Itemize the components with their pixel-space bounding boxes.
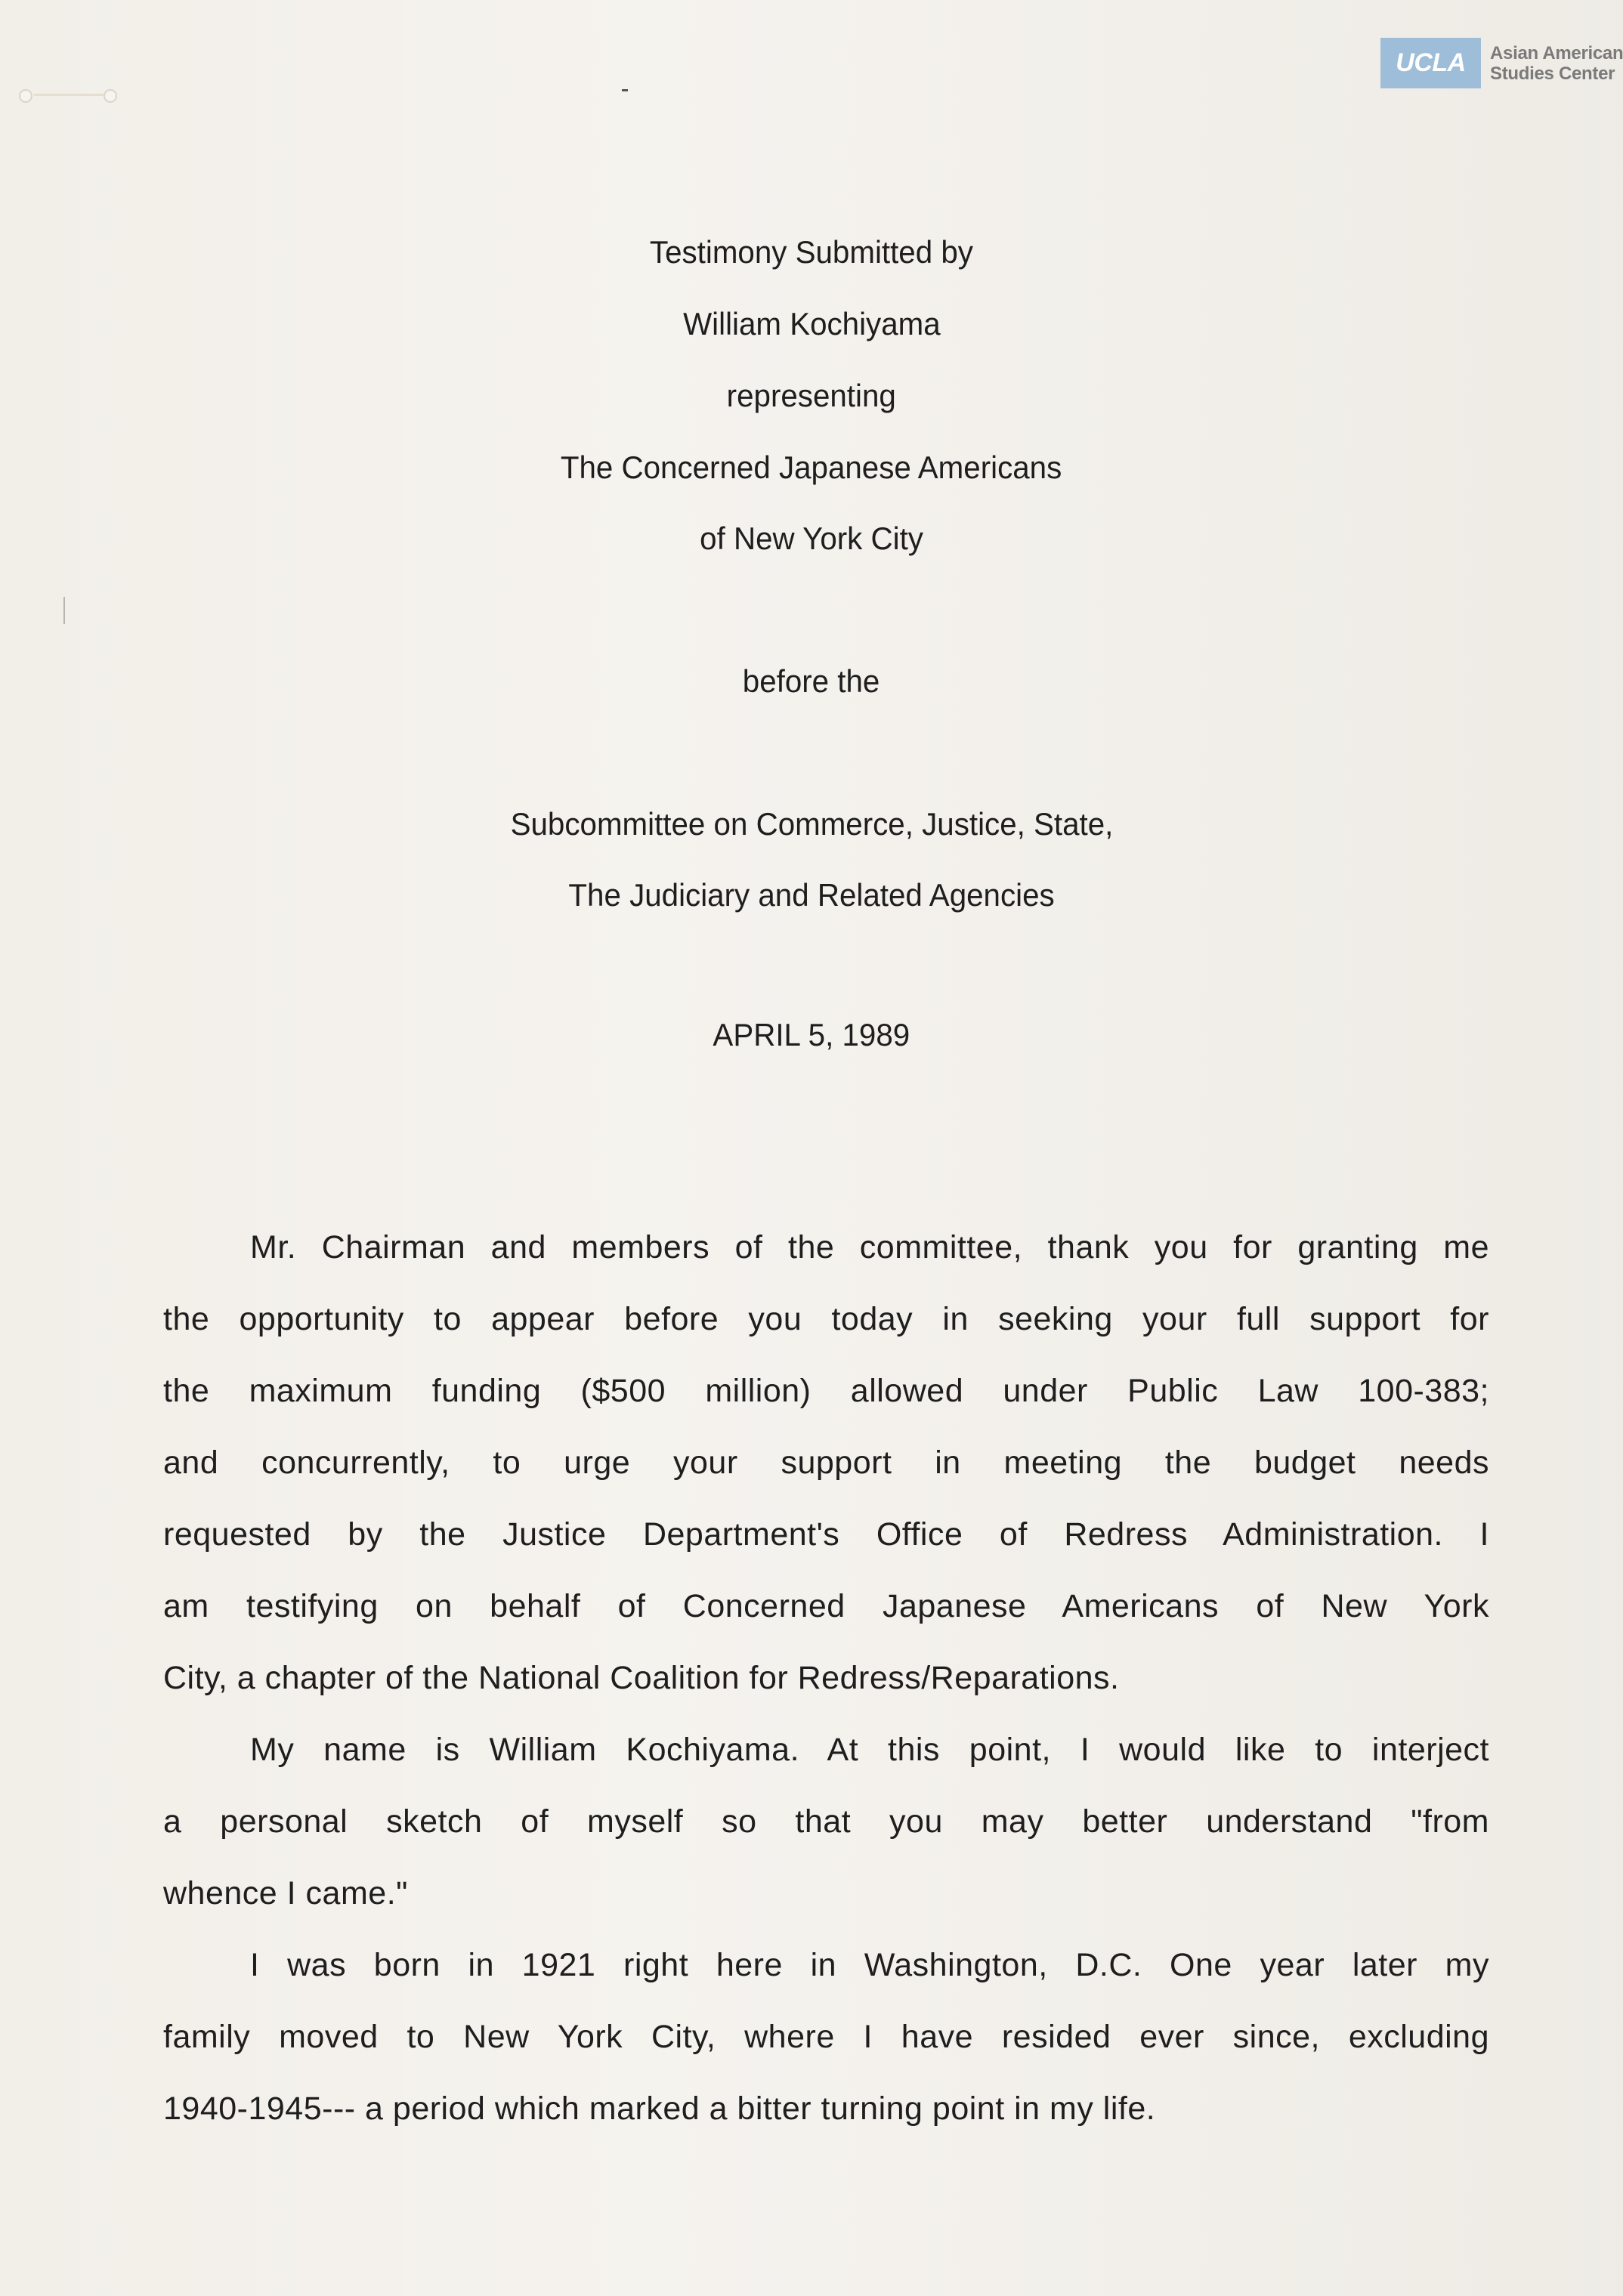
paragraph: I was born in 1921 right here in Washing… [163, 1930, 1489, 2145]
testimony-body: Mr. Chairman and members of the committe… [163, 1212, 1489, 2145]
text-line: I was born in 1921 right here in Washing… [163, 1930, 1489, 2001]
committee-name: Subcommittee on Commerce, Justice, State… [0, 805, 1623, 843]
organization-name: of New York City [0, 520, 1623, 558]
logo-caption: Asian American Studies Center [1490, 43, 1623, 84]
paragraph: My name is William Kochiyama. At this po… [163, 1714, 1489, 1930]
organization-name: The Concerned Japanese Americans [0, 449, 1623, 487]
logo-caption-line-1: Asian American [1490, 43, 1623, 63]
text-line: family moved to New York City, where I h… [163, 2001, 1489, 2073]
text-line: the opportunity to appear before you tod… [163, 1284, 1489, 1355]
ucla-logo-box: UCLA [1380, 38, 1481, 88]
testimony-date: APRIL 5, 1989 [0, 1016, 1623, 1054]
margin-mark [63, 597, 65, 624]
text-line: and concurrently, to urge your support i… [163, 1427, 1489, 1499]
ink-mark [622, 89, 628, 91]
logo-caption-line-2: Studies Center [1490, 63, 1623, 84]
text-line: City, a chapter of the National Coalitio… [163, 1642, 1489, 1714]
ucla-aasc-logo: UCLA Asian American Studies Center [1380, 38, 1623, 88]
paragraph: Mr. Chairman and members of the committe… [163, 1212, 1489, 1714]
text-line: the maximum funding ($500 million) allow… [163, 1355, 1489, 1427]
text-line: requested by the Justice Department's Of… [163, 1499, 1489, 1571]
text-line: 1940-1945--- a period which marked a bit… [163, 2073, 1489, 2145]
staple-mark [19, 89, 117, 100]
text-line: a personal sketch of myself so that you … [163, 1786, 1489, 1858]
title-line: Testimony Submitted by [0, 233, 1623, 271]
staple-trace [34, 94, 104, 96]
text-line: Mr. Chairman and members of the committe… [163, 1212, 1489, 1284]
staple-hole [19, 89, 32, 103]
text-line: am testifying on behalf of Concerned Jap… [163, 1571, 1489, 1642]
document-page: UCLA Asian American Studies Center Testi… [0, 0, 1623, 2296]
title-line: before the [0, 663, 1623, 700]
text-line: whence I came." [163, 1858, 1489, 1930]
staple-hole [104, 89, 117, 103]
committee-name: The Judiciary and Related Agencies [0, 876, 1623, 914]
title-line: representing [0, 377, 1623, 415]
text-line: My name is William Kochiyama. At this po… [163, 1714, 1489, 1786]
author-name: William Kochiyama [0, 305, 1623, 343]
